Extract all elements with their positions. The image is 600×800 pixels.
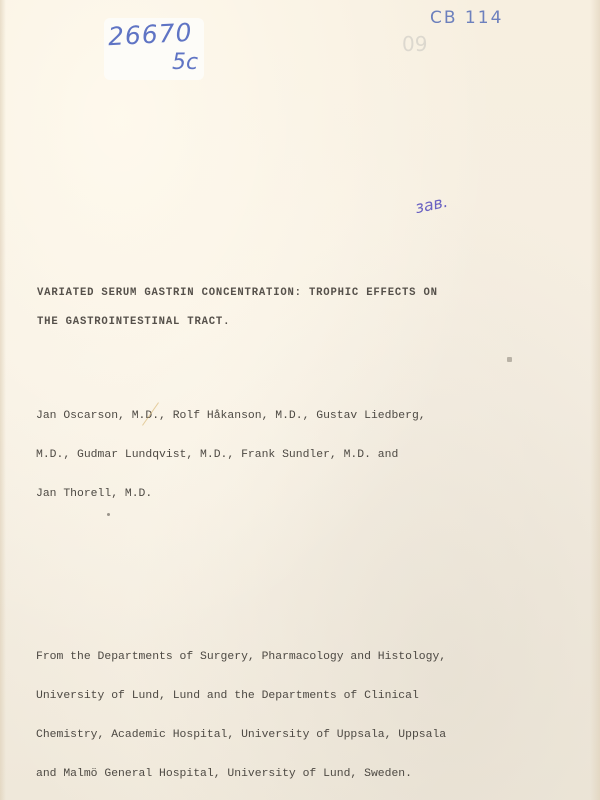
document-page: 26670 5c CB 114 09 зав. VARIATED SERUM G…	[0, 0, 600, 800]
affiliation-line: From the Departments of Surgery, Pharmac…	[36, 651, 446, 664]
affiliation-block: From the Departments of Surgery, Pharmac…	[36, 625, 446, 800]
author-line: Jan Oscarson, M.D., Rolf Håkanson, M.D.,…	[36, 410, 426, 423]
document-title-line-1: VARIATED SERUM GASTRIN CONCENTRATION: TR…	[37, 287, 438, 299]
inventory-note: зав.	[413, 192, 449, 217]
paper-speck	[507, 357, 512, 362]
document-title-line-2: THE GASTROINTESTINAL TRACT.	[37, 316, 230, 328]
shelf-mark: CB 114	[430, 8, 503, 28]
faint-pencil-mark: 09	[402, 32, 427, 56]
accession-sub-number: 5c	[172, 50, 198, 75]
affiliation-line: University of Lund, Lund and the Departm…	[36, 690, 446, 703]
paper-speck	[107, 513, 110, 516]
page-edge-shadow-right	[590, 0, 600, 800]
affiliation-line: Chemistry, Academic Hospital, University…	[36, 729, 446, 742]
author-list: Jan Oscarson, M.D., Rolf Håkanson, M.D.,…	[36, 384, 426, 527]
affiliation-line: and Malmö General Hospital, University o…	[36, 768, 446, 781]
author-line: M.D., Gudmar Lundqvist, M.D., Frank Sund…	[36, 449, 426, 462]
page-edge-shadow-left	[0, 0, 6, 800]
accession-number: 26670	[107, 18, 193, 51]
author-line: Jan Thorell, M.D.	[36, 488, 426, 501]
